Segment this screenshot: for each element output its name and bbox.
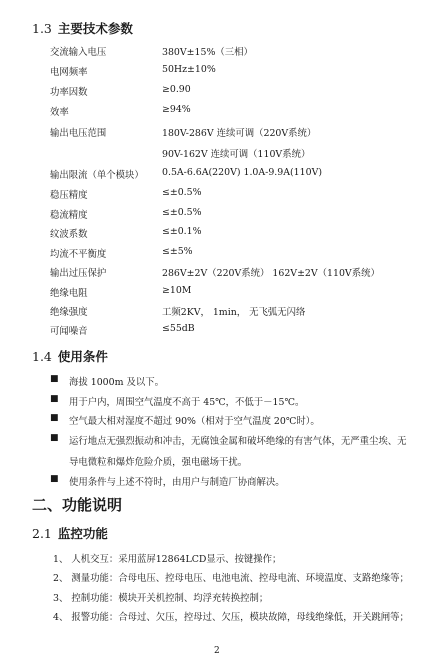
section-heading-1-4: 1.4使用条件 bbox=[32, 347, 108, 365]
chapter-heading: 二、功能说明 bbox=[32, 494, 122, 515]
list-item: 2、 测量功能：合母电压、控母电压、电池电流、控母电流、环境温度、支路绝缘等； bbox=[53, 570, 409, 584]
spec-value: 0.5A-6.6A(220V) 1.0A-9.9A(110V) bbox=[162, 167, 322, 178]
bullet-square-icon: ■ bbox=[50, 374, 59, 384]
spec-label: 输出电压范围 bbox=[50, 125, 106, 139]
list-item: 3、 控制功能：模块开关机控制、均浮充转换控制； bbox=[53, 590, 268, 604]
spec-label: 绝缘强度 bbox=[50, 304, 88, 318]
section-title: 使用条件 bbox=[58, 349, 108, 364]
section-title: 主要技术参数 bbox=[58, 21, 133, 36]
section-number: 1.4 bbox=[32, 349, 52, 364]
spec-value: 工频2KV， 1min， 无飞弧无闪络 bbox=[162, 304, 305, 318]
spec-label: 输出限流（单个模块） bbox=[50, 167, 144, 181]
spec-value: 286V±2V（220V系统） 162V±2V（110V系统） bbox=[162, 265, 380, 279]
list-item-continuation: 导电微粒和爆炸危险介质，强电磁场干扰。 bbox=[69, 454, 247, 468]
section-title: 监控功能 bbox=[58, 526, 108, 541]
spec-value: 180V-286V 连续可调（220V系统） bbox=[162, 125, 316, 139]
list-item: 使用条件与上述不符时，由用户与制造厂协商解决。 bbox=[69, 474, 285, 488]
section-heading-2-1: 2.1监控功能 bbox=[32, 524, 108, 542]
list-item: 空气最大相对湿度不超过 90%（相对于空气温度 20℃时）。 bbox=[69, 413, 320, 427]
bullet-square-icon: ■ bbox=[50, 413, 59, 423]
section-number: 2.1 bbox=[32, 526, 52, 541]
bullet-square-icon: ■ bbox=[50, 433, 59, 443]
spec-value: 50Hz±10% bbox=[162, 64, 216, 75]
spec-label: 功率因数 bbox=[50, 84, 88, 98]
spec-label: 交流输入电压 bbox=[50, 44, 106, 58]
spec-value: ≥10M bbox=[162, 285, 191, 296]
spec-label: 可闻噪音 bbox=[50, 323, 88, 337]
spec-value: ≤55dB bbox=[162, 323, 195, 334]
spec-label: 稳流精度 bbox=[50, 207, 88, 221]
spec-value: ≥0.90 bbox=[162, 84, 191, 95]
spec-label: 纹波系数 bbox=[50, 226, 88, 240]
spec-value: 90V-162V 连续可调（110V系统） bbox=[162, 146, 310, 160]
list-item: 4、 报警功能：合母过、欠压，控母过、欠压，模块故障，母线绝缘低，开关跳闸等； bbox=[53, 609, 409, 623]
list-item: 用于户内，周围空气温度不高于 45℃，不低于－15℃。 bbox=[69, 394, 304, 408]
list-item: 运行地点无强烈振动和冲击，无腐蚀金属和破坏绝缘的有害气体，无严重尘埃、无 bbox=[69, 433, 407, 447]
bullet-square-icon: ■ bbox=[50, 394, 59, 404]
bullet-square-icon: ■ bbox=[50, 474, 59, 484]
page-number: 2 bbox=[214, 646, 220, 656]
section-number: 1.3 bbox=[32, 21, 52, 36]
spec-value: 380V±15%（三相） bbox=[162, 44, 253, 58]
section-heading-1-3: 1.3主要技术参数 bbox=[32, 19, 133, 37]
spec-label: 均流不平衡度 bbox=[50, 246, 106, 260]
spec-value: ≤±0.1% bbox=[162, 226, 202, 237]
spec-label: 输出过压保护 bbox=[50, 265, 106, 279]
spec-label: 效率 bbox=[50, 104, 69, 118]
spec-value: ≥94% bbox=[162, 104, 191, 115]
spec-label: 稳压精度 bbox=[50, 187, 88, 201]
spec-label: 电网频率 bbox=[50, 64, 88, 78]
spec-value: ≤±0.5% bbox=[162, 207, 202, 218]
spec-value: ≤±5% bbox=[162, 246, 193, 257]
spec-value: ≤±0.5% bbox=[162, 187, 202, 198]
list-item: 海拔 1000m 及以下。 bbox=[69, 374, 164, 388]
spec-label: 绝缘电阻 bbox=[50, 285, 88, 299]
list-item: 1、 人机交互：采用蓝屏12864LCD显示、按键操作； bbox=[53, 551, 281, 565]
